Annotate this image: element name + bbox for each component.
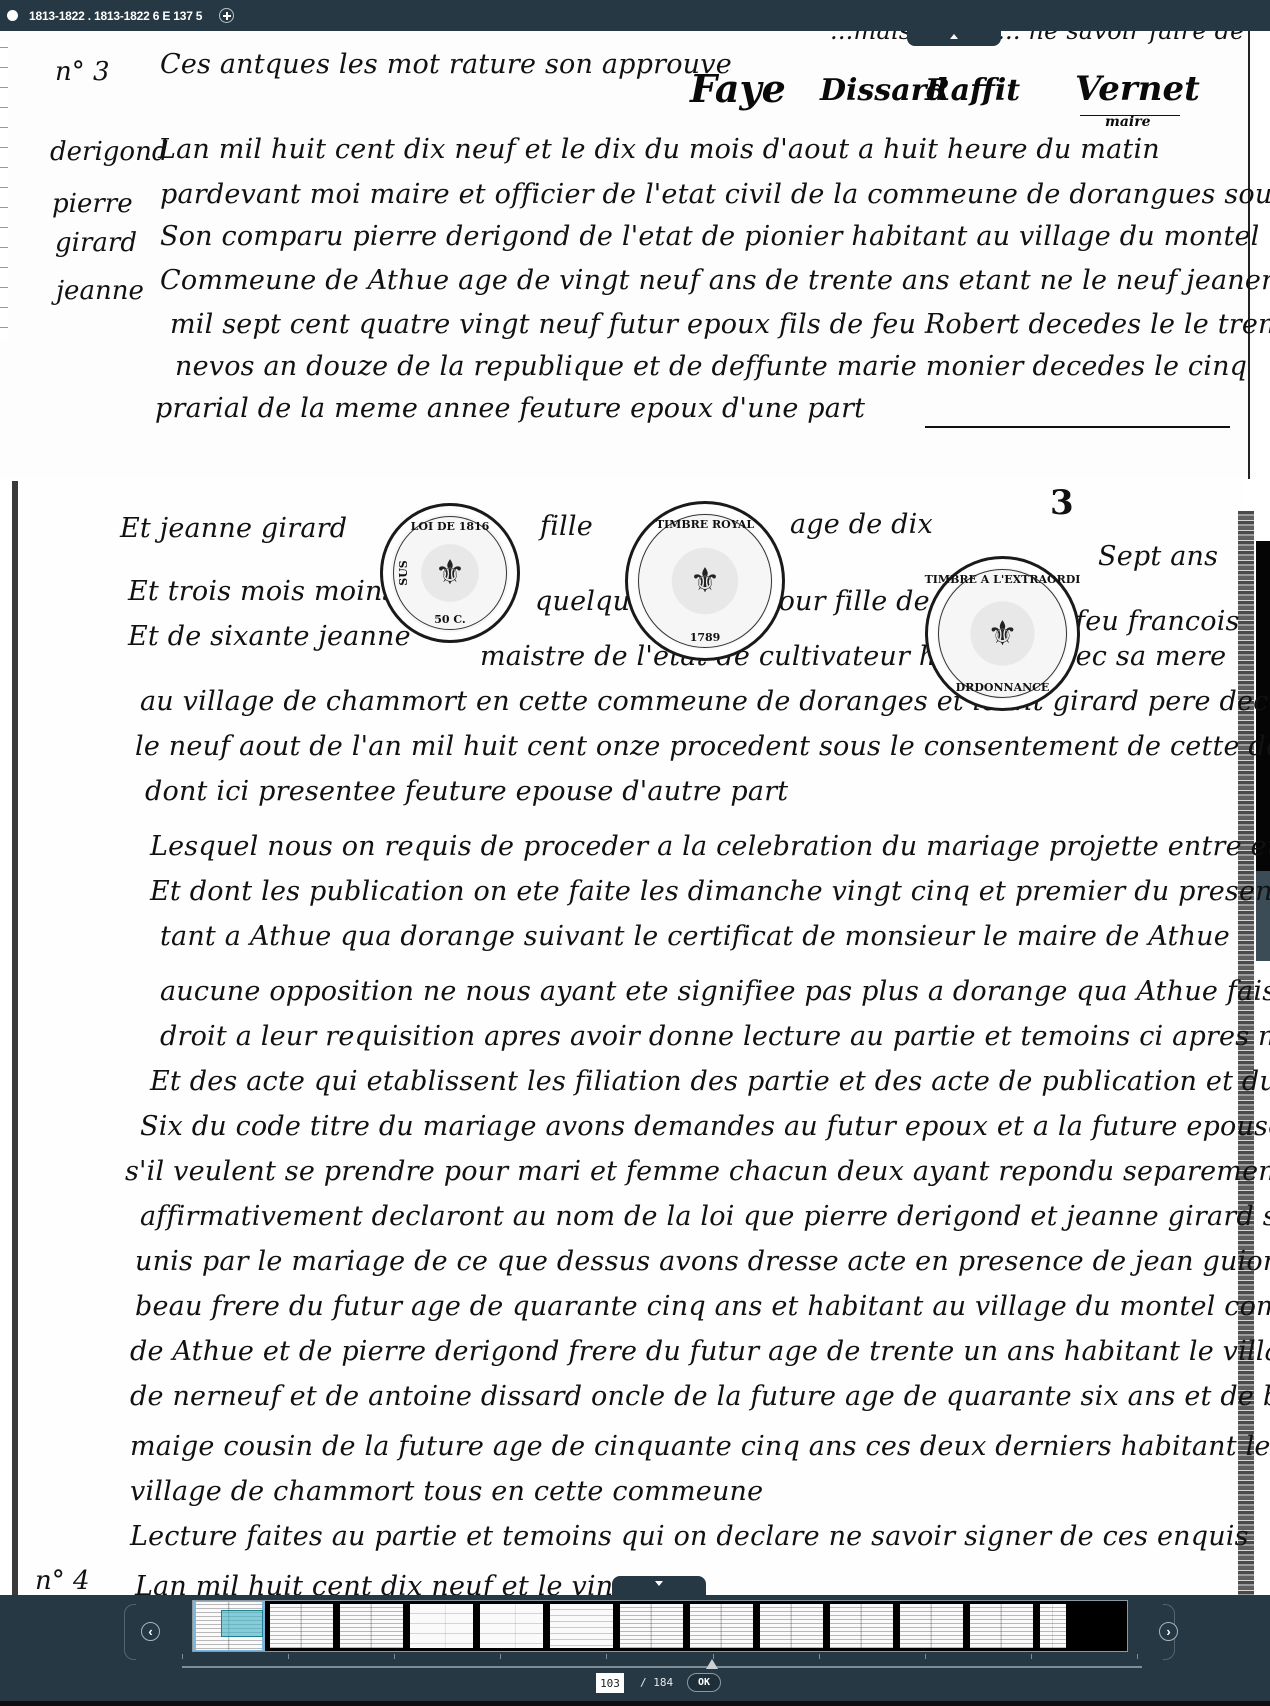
manuscript-line: de Athue et de pierre derigond frere du … [130,1336,1270,1367]
tab-bar: 1813-1822 . 1813-1822 6 E 137 5 [0,0,1270,31]
page-slider-handle[interactable] [706,1659,718,1669]
manuscript-line: Et jeanne girard [120,513,347,544]
thumbnail-page[interactable] [970,1604,1033,1648]
total-pages-label: / 184 [640,1676,673,1689]
manuscript-line: aucune opposition ne nous ayant ete sign… [160,976,1270,1007]
status-dot-icon [7,10,18,21]
manuscript-line: le neuf aout de l'an mil huit cent onze … [135,731,1270,762]
thumbnail-page[interactable] [830,1604,893,1648]
bottom-panel-toggle[interactable] [612,1576,706,1596]
manuscript-line: Et trois mois moins [128,576,397,607]
stamp-legend-bottom: DRDONNANCE [956,681,1050,694]
manuscript-line: Et de sixante jeanne [128,621,411,652]
cut-off-line: ...maison et ..... ne savoir faire de [830,31,1245,45]
timbre-extraordinaire-stamp: TIMBRE A L'EXTRAORDIDRDONNANCE⚜ [925,556,1080,711]
signature: Faye [690,66,786,111]
manuscript-line: Six du code titre du mariage avons deman… [140,1111,1270,1142]
manuscript-line: beau frere du futur age de quarante cinq… [135,1291,1270,1322]
thumbnail-page[interactable] [550,1604,613,1648]
margin-note: derigond [50,137,168,167]
thumbnail-page[interactable] [900,1604,963,1648]
manuscript-line: jour fille de [770,586,930,617]
manuscript-line: Lan mil huit cent dix neuf et le vingt .… [135,1571,677,1595]
thumbnail-page[interactable] [480,1604,543,1648]
go-to-page-button[interactable]: OK [687,1673,721,1692]
manuscript-line: maige cousin de la future age de cinquan… [130,1431,1270,1462]
slider-tick [1031,1654,1032,1659]
stamp-legend-bottom: 1789 [690,631,721,644]
margin-note: pierre [52,189,133,219]
signature: Vernet [1075,69,1200,109]
top-panel-toggle[interactable] [907,28,1001,46]
fleur-de-lis-icon: ⚜ [435,553,465,593]
chevron-left-icon: ‹ [148,1625,152,1638]
thumbnail-page[interactable] [410,1604,473,1648]
thumbnail-page[interactable] [340,1604,403,1648]
chevron-down-icon [655,1581,663,1586]
manuscript-line: au village de chammort en cette commeune… [140,686,1270,717]
slider-tick [500,1654,501,1659]
margin-note: jeanne [56,276,144,306]
slider-tick [288,1654,289,1659]
manuscript-line: tant a Athue qua dorange suivant le cert… [160,921,1230,952]
signature-rule [925,426,1230,428]
stamp-legend-top: TIMBRE ROYAL [656,518,754,531]
stamp-legend-top: TIMBRE A L'EXTRAORDI [925,573,1081,586]
slider-tick [182,1654,183,1659]
manuscript-line: nevos an douze de la republique et de de… [175,351,1247,382]
manuscript-line: pardevant moi maire et officier de l'eta… [160,179,1270,210]
slider-tick [1137,1654,1138,1659]
thumbnail-strip[interactable] [192,1600,1128,1652]
plus-circle-icon[interactable] [219,8,234,23]
fleur-de-lis-icon: ⚜ [987,614,1017,654]
manuscript-line: Son comparu pierre derigond de l'etat de… [160,221,1260,252]
manuscript-line: Ces antques les mot rature son approuve [160,49,732,80]
manuscript-line: Commeune de Athue age de vingt neuf ans … [160,265,1270,296]
prev-bracket [124,1604,136,1660]
chevron-up-icon [950,34,958,39]
stamp-legend-left: SUS [397,560,410,585]
manuscript-line: droit a leur requisition apres avoir don… [160,1021,1270,1052]
stamp-legend-bottom: 50 C. [434,613,466,626]
thumbnail-page[interactable] [690,1604,753,1648]
manuscript-line: Et des acte qui etablissent les filiatio… [150,1066,1270,1097]
thumbnail-page[interactable] [760,1604,823,1648]
document-viewport[interactable]: ...maison et ..... ne savoir faire den° … [0,31,1270,1595]
slider-tick [819,1654,820,1659]
manuscript-line: mil sept cent quatre vingt neuf futur ep… [170,309,1270,340]
manuscript-line: Sept ans [1098,541,1218,572]
signature: Raffit [925,73,1020,108]
signature-rule [1080,115,1180,116]
thumbnail-page[interactable] [620,1604,683,1648]
page-slider-track[interactable] [182,1666,1142,1668]
manuscript-line: age de dix [790,509,933,540]
folio-number: 3 [1050,483,1074,523]
fleur-de-lis-icon: ⚜ [690,561,720,601]
thumbnail-current-page[interactable] [195,1601,263,1651]
margin-note: girard [55,228,137,258]
manuscript-line: unis par le mariage de ce que dessus avo… [135,1246,1270,1277]
next-page-button[interactable]: › [1159,1622,1178,1641]
margin-note: n° 4 [35,1566,90,1595]
thumbnail-page[interactable] [1040,1604,1066,1648]
slider-tick [606,1654,607,1659]
timbre-royal-stamp: TIMBRE ROYAL1789⚜ [625,501,785,661]
manuscript-line: affirmativement declaront au nom de la l… [140,1201,1270,1232]
page-right-rule [1248,31,1250,479]
manuscript-line: prarial de la meme annee feuture epoux d… [155,393,865,424]
manuscript-line: feu francois [1075,606,1240,637]
manuscript-line: village de chammort tous en cette commeu… [130,1476,763,1507]
slider-tick [925,1654,926,1659]
page-number-input[interactable] [596,1673,624,1693]
margin-note: n° 3 [55,57,110,87]
manuscript-line: Lan mil huit cent dix neuf et le dix du … [158,134,1160,165]
slider-ticks [182,1654,1142,1660]
manuscript-line: fille [540,511,593,542]
thumbnail-page[interactable] [270,1604,333,1648]
manuscript-line: s'il veulent se prendre pour mari et fem… [125,1156,1270,1187]
viewport-indicator[interactable] [221,1610,263,1637]
signature: maire [1105,114,1151,130]
stamp-legend-top: LOI DE 1816 [411,520,490,533]
loi-stamp: LOI DE 181650 C.SUS⚜ [380,503,520,643]
manuscript-line: maistre de l'etat de cultivateur habitan… [480,641,1226,672]
manuscript-line: de nerneuf et de antoine dissard oncle d… [130,1381,1270,1412]
document-tab-title[interactable]: 1813-1822 . 1813-1822 6 E 137 5 [29,9,202,23]
chevron-right-icon: › [1166,1625,1170,1638]
manuscript-line: Lecture faites au partie et temoins qui … [130,1521,1249,1552]
slider-tick [394,1654,395,1659]
panel-bottom-edge [0,1701,1270,1706]
manuscript-line: Lesquel nous on requis de proceder a la … [150,831,1270,862]
manuscript-line: Et dont les publication on ete faite les… [150,876,1270,907]
page-left-edge [0,41,8,341]
manuscript-line: dont ici presentee feuture epouse d'autr… [145,776,788,807]
previous-page-button[interactable]: ‹ [141,1622,160,1641]
